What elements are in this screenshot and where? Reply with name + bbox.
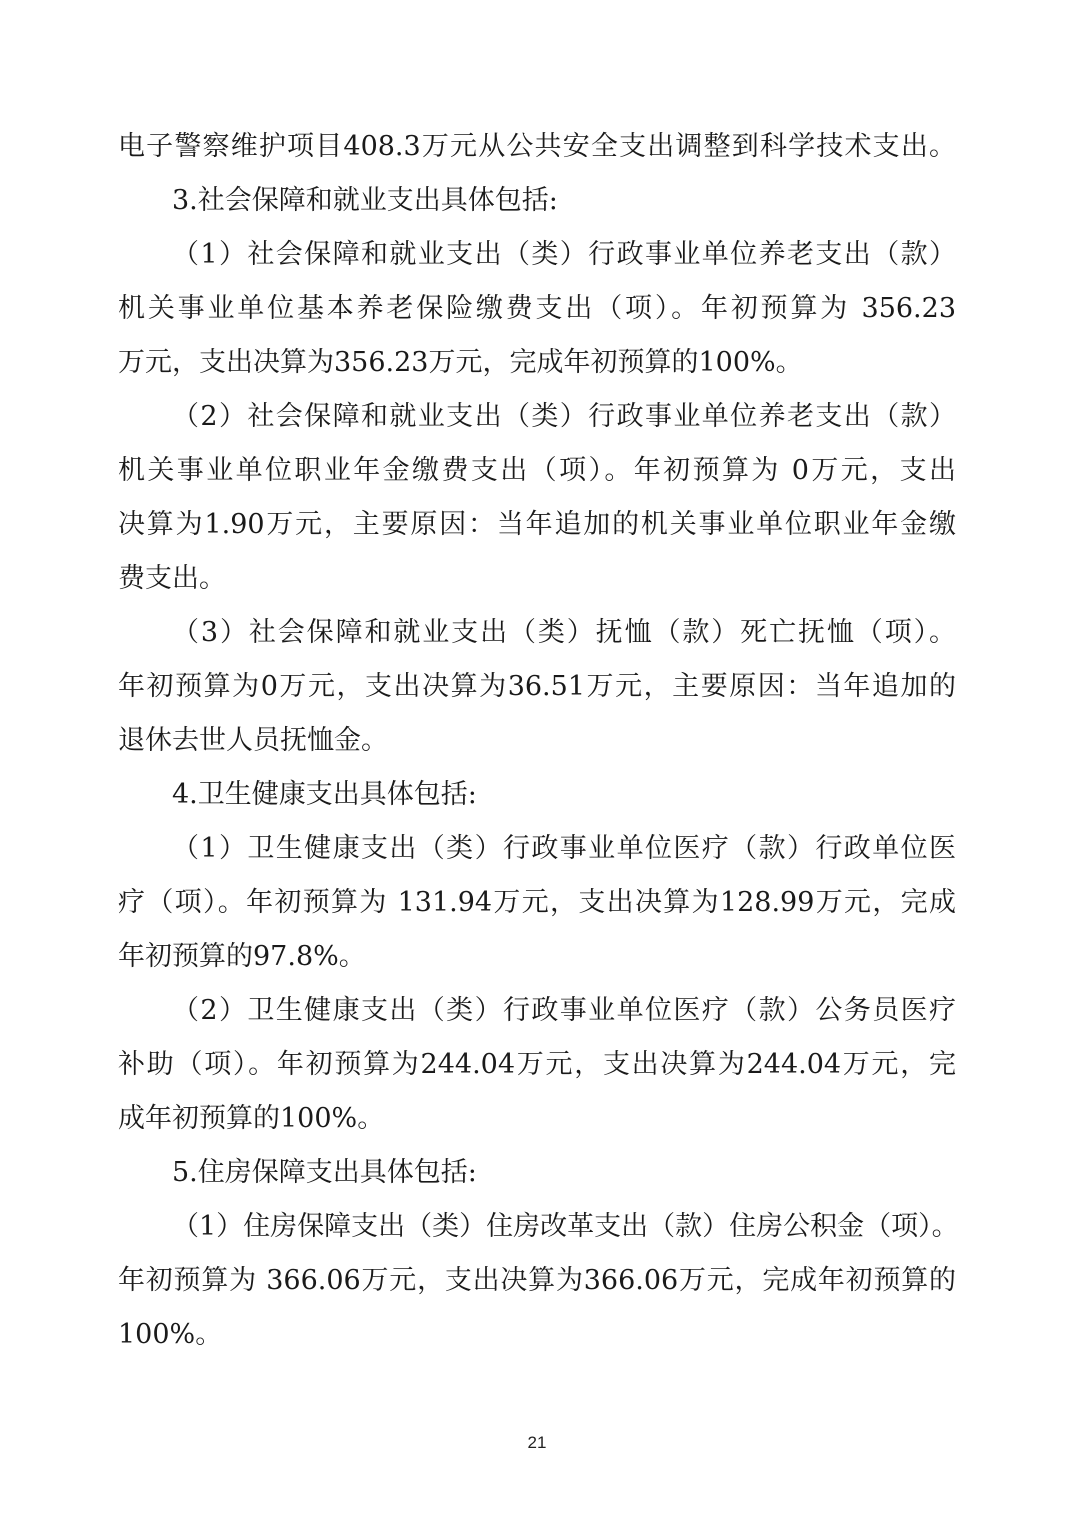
section-heading-4: 4.卫生健康支出具体包括: bbox=[172, 775, 956, 815]
text-line-11: 年初预算为0万元，支出决算为36.51万元，主要原因：当年追加的 bbox=[118, 667, 956, 707]
text-line-6: （2）社会保障和就业支出（类）行政事业单位养老支出（款） bbox=[172, 397, 956, 437]
text-line-9: 费支出。 bbox=[118, 559, 956, 599]
text-line-21: （1）住房保障支出（类）住房改革支出（款）住房公积金（项）。 bbox=[172, 1207, 956, 1247]
text-line-17: （2）卫生健康支出（类）行政事业单位医疗（款）公务员医疗 bbox=[172, 991, 956, 1031]
text-line-16: 年初预算的97.8%。 bbox=[118, 937, 956, 977]
text-line-3: （1）社会保障和就业支出（类）行政事业单位养老支出（款） bbox=[172, 235, 956, 275]
section-heading-5: 5.住房保障支出具体包括: bbox=[172, 1153, 956, 1193]
text-line-1: 电子警察维护项目408.3万元从公共安全支出调整到科学技术支出。 bbox=[118, 127, 956, 167]
text-line-14: （1）卫生健康支出（类）行政事业单位医疗（款）行政单位医 bbox=[172, 829, 956, 869]
text-line-15: 疗（项）。年初预算为 131.94万元，支出决算为128.99万元，完成 bbox=[118, 883, 956, 923]
section-heading-3: 3.社会保障和就业支出具体包括: bbox=[172, 181, 956, 221]
page-number: 21 bbox=[0, 1433, 1074, 1453]
text-line-10: （3）社会保障和就业支出（类）抚恤（款）死亡抚恤（项）。 bbox=[172, 613, 956, 653]
text-line-19: 成年初预算的100%。 bbox=[118, 1099, 956, 1139]
text-line-18: 补助（项）。年初预算为244.04万元，支出决算为244.04万元，完 bbox=[118, 1045, 956, 1085]
document-page: 电子警察维护项目408.3万元从公共安全支出调整到科学技术支出。 3.社会保障和… bbox=[0, 0, 1074, 1520]
text-line-8: 决算为1.90万元，主要原因：当年追加的机关事业单位职业年金缴 bbox=[118, 505, 956, 545]
text-line-22: 年初预算为 366.06万元，支出决算为366.06万元，完成年初预算的 bbox=[118, 1261, 956, 1301]
text-line-12: 退休去世人员抚恤金。 bbox=[118, 721, 956, 761]
text-line-23: 100%。 bbox=[118, 1315, 956, 1355]
text-line-7: 机关事业单位职业年金缴费支出（项）。年初预算为 0万元，支出 bbox=[118, 451, 956, 491]
text-line-5: 万元，支出决算为356.23万元，完成年初预算的100%。 bbox=[118, 343, 956, 383]
text-line-4: 机关事业单位基本养老保险缴费支出（项）。年初预算为 356.23 bbox=[118, 289, 956, 329]
